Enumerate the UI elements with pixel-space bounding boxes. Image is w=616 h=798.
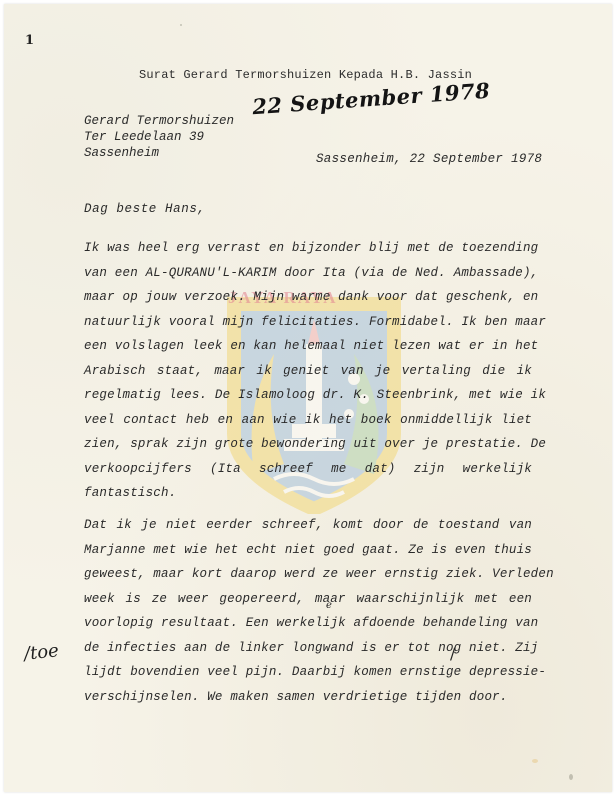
handwritten-margin-note: /toe	[23, 640, 60, 665]
sender-name: Gerard Termorshuizen	[84, 113, 234, 129]
paragraph-line: een volslagen leek en kan helemaal niet …	[84, 334, 532, 359]
paragraph-line: veel contact heb en aan wie ik het boek …	[84, 408, 532, 433]
paragraph-line: week is ze weer geopereerd, maar waarsch…	[84, 587, 532, 612]
paragraph-line: maar op jouw verzoek. Mijn warme dank vo…	[84, 285, 532, 310]
paragraph-line: geweest, maar kort daarop werd ze weer e…	[84, 562, 532, 587]
paragraph-line: fantastisch.	[84, 481, 532, 506]
paragraph-line: verkoopcijfers (Ita schreef me dat) zijn…	[84, 457, 532, 482]
letter-greeting: Dag beste Hans,	[84, 202, 206, 216]
sender-address-block: Gerard Termorshuizen Ter Leedelaan 39 Sa…	[84, 113, 234, 161]
body-paragraph-2: Dat ik je niet eerder schreef, komt door…	[84, 513, 532, 709]
paragraph-line: lijdt bovendien veel pijn. Daarbij komen…	[84, 660, 532, 685]
paragraph-line: voorlopig resultaat. Een werkelijk afdoe…	[84, 611, 532, 636]
paper-speck	[532, 759, 538, 763]
letter-dateline: Sassenheim, 22 September 1978	[316, 152, 542, 166]
paragraph-line: verschijnselen. We maken samen verdrieti…	[84, 685, 532, 710]
sender-street: Ter Leedelaan 39	[84, 129, 234, 145]
paragraph-line: Ik was heel erg verrast en bijzonder bli…	[84, 236, 532, 261]
handwritten-insert-e: e	[326, 600, 332, 611]
page-corner-mark: 1	[25, 33, 34, 48]
document-header-title: Surat Gerard Termorshuizen Kepada H.B. J…	[139, 68, 472, 82]
handwritten-date: 22 September 1978	[251, 78, 491, 120]
paragraph-line: natuurlijk vooral mijn felicitaties. For…	[84, 310, 532, 335]
paragraph-line: zien, sprak zijn grote bewondering uit o…	[84, 432, 532, 457]
paragraph-line: Marjanne met wie het echt niet goed gaat…	[84, 538, 532, 563]
sender-city: Sassenheim	[84, 145, 234, 161]
paragraph-line: Arabisch staat, maar ik geniet van je ve…	[84, 359, 532, 384]
paragraph-line: Dat ik je niet eerder schreef, komt door…	[84, 513, 532, 538]
paragraph-line: van een AL-QURANU'L-KARIM door Ita (via …	[84, 261, 532, 286]
letter-page: JAYA RAYA 1 Surat Gerard Termorshuizen K…	[4, 4, 612, 792]
paper-speck	[180, 24, 182, 26]
body-paragraph-1: Ik was heel erg verrast en bijzonder bli…	[84, 236, 532, 506]
paper-speck	[569, 774, 573, 780]
paragraph-line: de infecties aan de linker longwand is e…	[84, 636, 532, 661]
paragraph-line: regelmatig lees. De Islamoloog dr. K. St…	[84, 383, 532, 408]
handwritten-insert-mark: /	[450, 644, 455, 663]
